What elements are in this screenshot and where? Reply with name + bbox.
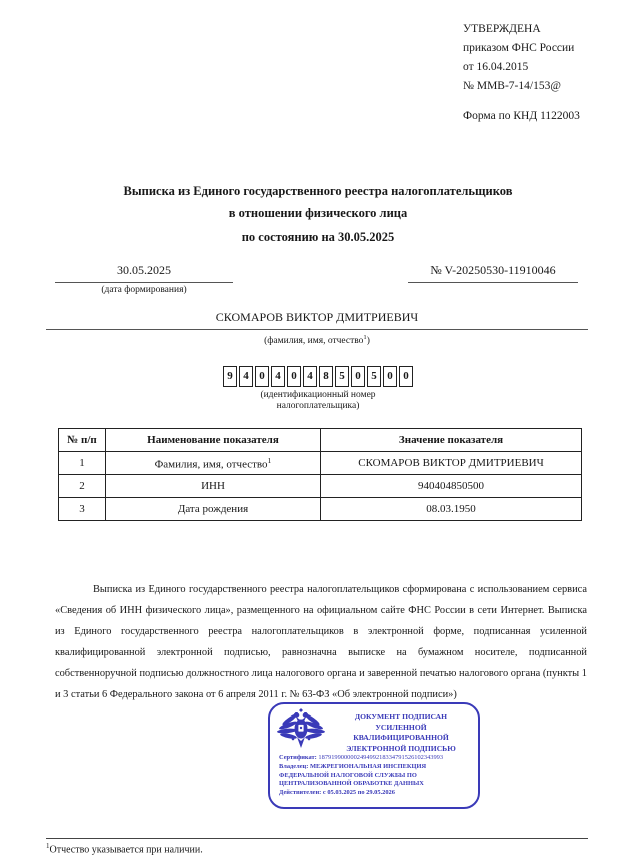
row-number: 2 bbox=[59, 475, 106, 498]
owner-label: Владелец: bbox=[279, 763, 308, 770]
inn-digit: 0 bbox=[255, 366, 269, 387]
table-header-row: № п/п Наименование показателя Значение п… bbox=[59, 429, 582, 452]
header-number: № п/п bbox=[59, 429, 106, 452]
row-name: Фамилия, имя, отчество1 bbox=[106, 452, 321, 475]
inn-digit: 5 bbox=[367, 366, 381, 387]
stamp-title: ДОКУМЕНТ ПОДПИСАН УСИЛЕННОЙ КВАЛИФИЦИРОВ… bbox=[332, 704, 478, 751]
certificate-label: Сертификат: bbox=[279, 754, 317, 761]
approval-line: приказом ФНС России bbox=[463, 39, 574, 58]
inn-digit: 5 bbox=[335, 366, 349, 387]
document-number-value: № V-20250530-11910046 bbox=[408, 263, 578, 283]
stamp-title-line: ДОКУМЕНТ ПОДПИСАН bbox=[332, 712, 470, 723]
row-name: ИНН bbox=[106, 475, 321, 498]
caption-text: (фамилия, имя, отчество bbox=[264, 336, 363, 346]
inn-digit: 4 bbox=[303, 366, 317, 387]
row-name: Дата рождения bbox=[106, 498, 321, 521]
row-number: 3 bbox=[59, 498, 106, 521]
certificate-value: 187919900000249499218334791526102343993 bbox=[318, 754, 443, 761]
title-line: Выписка из Единого государственного реес… bbox=[0, 180, 636, 202]
full-name-field: СКОМАРОВ ВИКТОР ДМИТРИЕВИЧ (фамилия, имя… bbox=[46, 310, 588, 346]
formation-date-field: 30.05.2025 (дата формирования) bbox=[55, 263, 233, 295]
stamp-header: ДОКУМЕНТ ПОДПИСАН УСИЛЕННОЙ КВАЛИФИЦИРОВ… bbox=[270, 704, 478, 751]
inn-caption-line: (идентификационный номер bbox=[0, 390, 636, 401]
caption-text: ) bbox=[367, 336, 370, 346]
approval-line: от 16.04.2015 bbox=[463, 58, 574, 77]
inn-digit-boxes: 9 4 0 4 0 4 8 5 0 5 0 0 bbox=[223, 366, 413, 387]
stamp-owner: Владелец: МЕЖРЕГИОНАЛЬНАЯ ИНСПЕКЦИЯ ФЕДЕ… bbox=[279, 763, 469, 789]
document-number-field: № V-20250530-11910046 bbox=[408, 263, 578, 283]
inn-digit: 4 bbox=[239, 366, 253, 387]
stamp-validity: Действителен: с 05.03.2025 по 29.05.2026 bbox=[279, 789, 469, 798]
as-of-date: по состоянию на 30.05.2025 bbox=[0, 230, 636, 245]
header-indicator-value: Значение показателя bbox=[321, 429, 582, 452]
inn-caption-line: налогоплательщика) bbox=[0, 401, 636, 412]
inn-digit: 4 bbox=[271, 366, 285, 387]
document-title: Выписка из Единого государственного реес… bbox=[0, 180, 636, 224]
table-row: 1 Фамилия, имя, отчество1 СКОМАРОВ ВИКТО… bbox=[59, 452, 582, 475]
form-code: Форма по КНД 1122003 bbox=[463, 110, 580, 122]
inn-digit: 9 bbox=[223, 366, 237, 387]
stamp-title-line: УСИЛЕННОЙ КВАЛИФИЦИРОВАННОЙ bbox=[332, 723, 470, 744]
inn-digit: 0 bbox=[399, 366, 413, 387]
electronic-signature-stamp: ДОКУМЕНТ ПОДПИСАН УСИЛЕННОЙ КВАЛИФИЦИРОВ… bbox=[268, 702, 480, 809]
footnote-marker: 1 bbox=[268, 456, 272, 465]
row-value: 940404850500 bbox=[321, 475, 582, 498]
row-value: СКОМАРОВ ВИКТОР ДМИТРИЕВИЧ bbox=[321, 452, 582, 475]
stamp-details: Сертификат: 1879199000002494992183347915… bbox=[270, 751, 478, 798]
inn-digit: 0 bbox=[287, 366, 301, 387]
row-number: 1 bbox=[59, 452, 106, 475]
approval-line: № ММВ-7-14/153@ bbox=[463, 77, 574, 96]
table-row: 2 ИНН 940404850500 bbox=[59, 475, 582, 498]
inn-block: 9 4 0 4 0 4 8 5 0 5 0 0 (идентификационн… bbox=[0, 366, 636, 412]
footnote: 1Отчество указывается при наличии. bbox=[46, 842, 203, 855]
row-name-text: Фамилия, имя, отчество bbox=[155, 458, 268, 470]
footnote-divider bbox=[46, 838, 588, 839]
inn-digit: 0 bbox=[383, 366, 397, 387]
footnote-text: Отчество указывается при наличии. bbox=[50, 844, 203, 855]
validity-label: Действителен: bbox=[279, 789, 321, 796]
header-indicator-name: Наименование показателя bbox=[106, 429, 321, 452]
formation-date-caption: (дата формирования) bbox=[55, 283, 233, 295]
legal-disclaimer: Выписка из Единого государственного реес… bbox=[55, 579, 587, 705]
title-line: в отношении физического лица bbox=[0, 202, 636, 224]
table-row: 3 Дата рождения 08.03.1950 bbox=[59, 498, 582, 521]
inn-caption: (идентификационный номер налогоплательщи… bbox=[0, 387, 636, 412]
formation-date-value: 30.05.2025 bbox=[55, 263, 233, 283]
inn-digit: 0 bbox=[351, 366, 365, 387]
stamp-certificate: Сертификат: 1879199000002494992183347915… bbox=[279, 754, 469, 763]
inn-digit: 8 bbox=[319, 366, 333, 387]
approval-block: УТВЕРЖДЕНА приказом ФНС России от 16.04.… bbox=[463, 20, 574, 96]
stamp-title-line: ЭЛЕКТРОННОЙ ПОДПИСЬЮ bbox=[332, 744, 470, 755]
validity-value: с 05.03.2025 по 29.05.2026 bbox=[323, 789, 395, 796]
full-name-caption: (фамилия, имя, отчество1) bbox=[46, 330, 588, 346]
document-page: УТВЕРЖДЕНА приказом ФНС России от 16.04.… bbox=[0, 0, 636, 867]
coat-of-arms-icon bbox=[270, 704, 332, 751]
indicators-table: № п/п Наименование показателя Значение п… bbox=[58, 428, 582, 521]
row-value: 08.03.1950 bbox=[321, 498, 582, 521]
approval-line: УТВЕРЖДЕНА bbox=[463, 20, 574, 39]
full-name-value: СКОМАРОВ ВИКТОР ДМИТРИЕВИЧ bbox=[46, 310, 588, 330]
